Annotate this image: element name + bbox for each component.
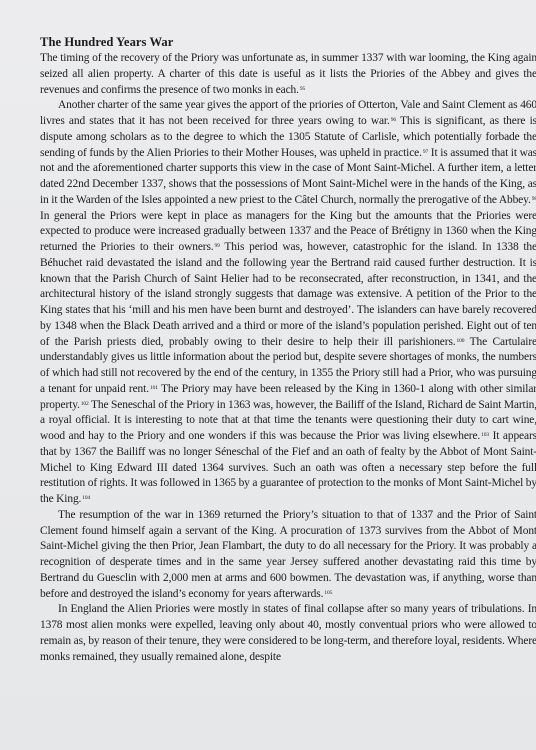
footnote-marker: 100 [457, 338, 465, 344]
footnote-marker: 102 [81, 401, 89, 407]
section-heading: The Hundred Years War [40, 34, 536, 51]
paragraph: In England the Alien Priories were mostl… [40, 602, 536, 665]
footnote-marker: 103 [481, 432, 489, 438]
page-content: The Hundred Years War The timing of the … [40, 34, 536, 665]
paragraph-text: This period was, however, catastrophic f… [40, 241, 536, 348]
body-text: The timing of the recovery of the Priory… [40, 51, 536, 665]
paragraph: The resumption of the war in 1369 return… [40, 508, 536, 603]
paragraph-text: The resumption of the war in 1369 return… [40, 509, 536, 600]
paragraph-text: The timing of the recovery of the Priory… [40, 52, 536, 96]
footnote-marker: 101 [150, 385, 158, 391]
footnote-marker: 99 [215, 243, 220, 249]
paragraph-text: The Seneschal of the Priory in 1363 was,… [40, 399, 536, 443]
footnote-marker: 95 [300, 86, 305, 92]
paragraph: The timing of the recovery of the Priory… [40, 51, 536, 98]
footnote-marker: 96 [391, 117, 396, 123]
paragraph-text: In England the Alien Priories were mostl… [40, 603, 536, 662]
footnote-marker: 104 [82, 495, 90, 501]
footnote-marker: 98 [532, 196, 536, 202]
book-page: The Hundred Years War The timing of the … [0, 0, 536, 750]
footnote-marker: 105 [324, 590, 332, 596]
footnote-marker: 97 [423, 149, 428, 155]
paragraph: Another charter of the same year gives t… [40, 98, 536, 508]
